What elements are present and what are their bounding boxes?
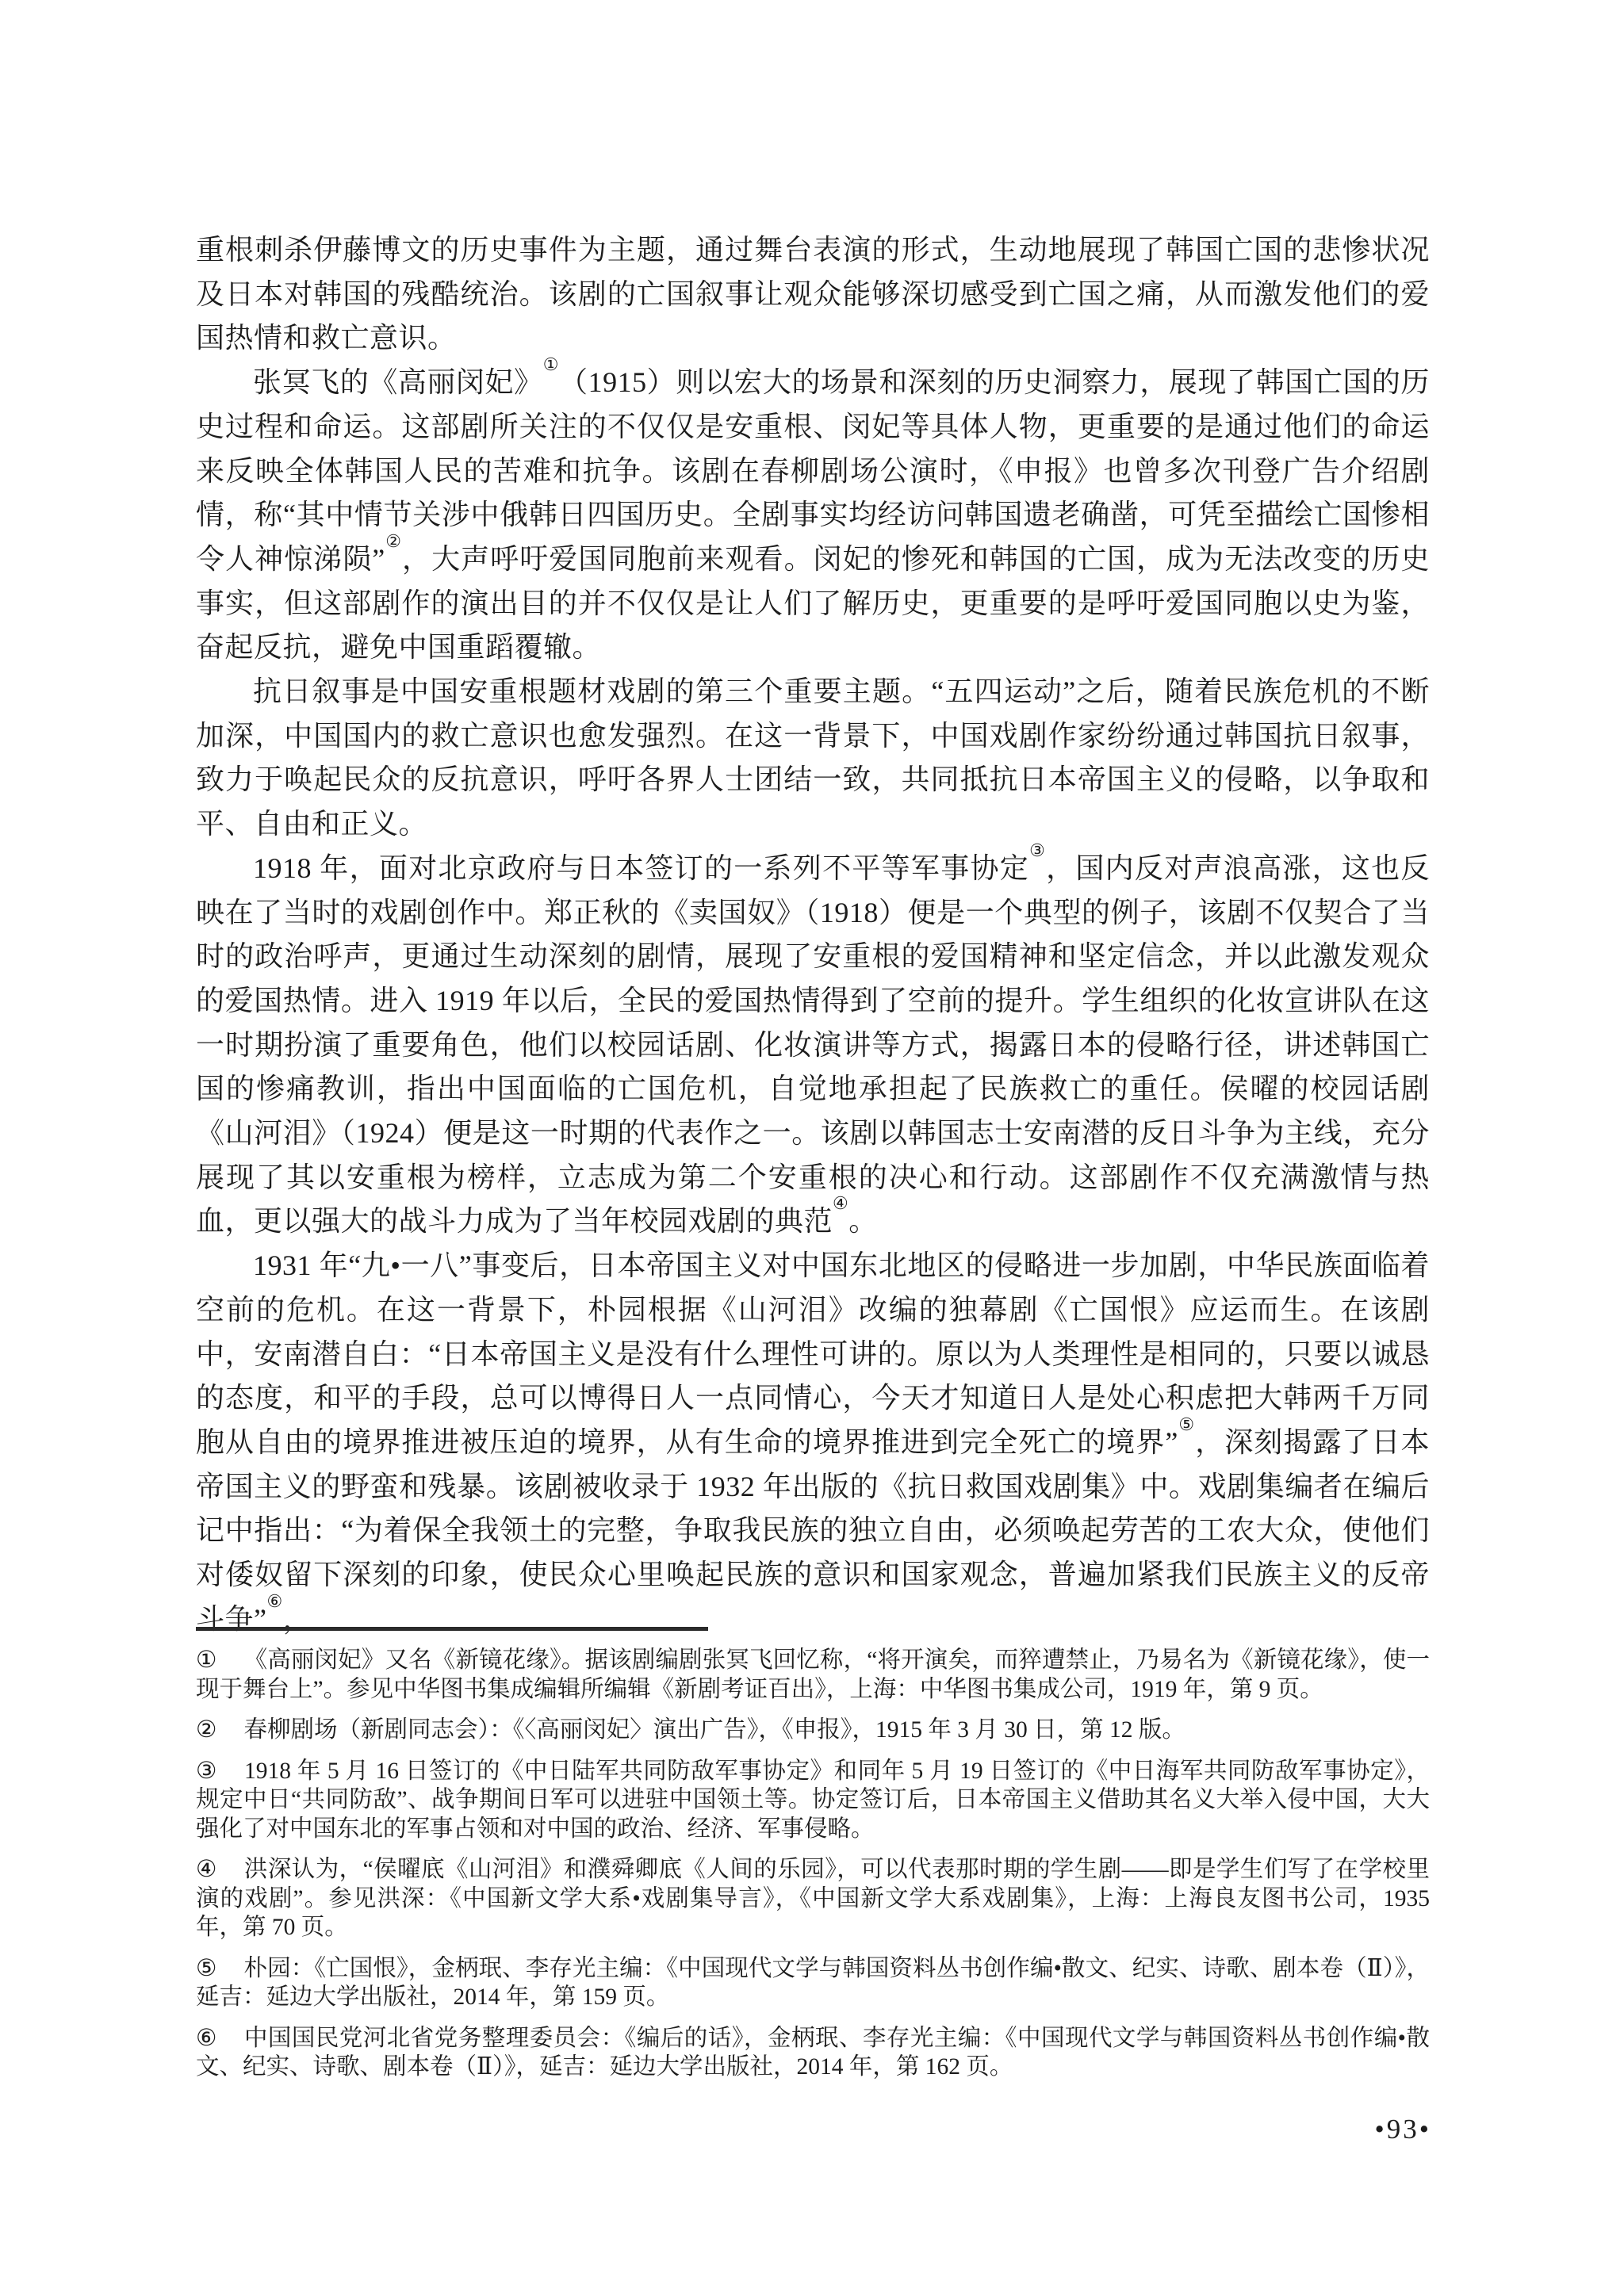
footnote-ref: ⑤ — [1178, 1414, 1195, 1434]
document-page: 重根刺杀伊藤博文的历史事件为主题，通过舞台表演的形式，生动地展现了韩国亡国的悲惨… — [0, 0, 1624, 2296]
page-number: •93• — [1374, 2114, 1431, 2145]
body-text: 重根刺杀伊藤博文的历史事件为主题，通过舞台表演的形式，生动地展现了韩国亡国的悲惨… — [196, 228, 1430, 1642]
footnote-text: 朴园：《亡国恨》，金柄珉、李存光主编：《中国现代文学与韩国资料丛书创作编•散文、… — [196, 1956, 1430, 2011]
footnote-text: 《高丽闵妃》又名《新镜花缘》。据该剧编剧张冥飞回忆称，“将开演矣，而猝遭禁止，乃… — [196, 1647, 1430, 1702]
footnote-ref: ① — [543, 354, 559, 374]
footnote-text: 洪深认为，“侯曜底《山河泪》和濮舜卿底《人间的乐园》，可以代表那时期的学生剧——… — [196, 1857, 1430, 1940]
footnote: ⑥中国国民党河北省党务整理委员会：《编后的话》，金柄珉、李存光主编：《中国现代文… — [196, 2024, 1430, 2082]
footnote-ref: ③ — [1029, 840, 1046, 860]
footnote-marker: ④ — [196, 1857, 217, 1882]
footnote-ref: ② — [385, 531, 402, 551]
footnote-marker: ⑥ — [196, 2026, 217, 2051]
footnote: ②春柳剧场（新剧同志会）：《〈高丽闵妃〉演出广告》，《申报》，1915 年 3 … — [196, 1716, 1430, 1745]
footnote-ref: ④ — [833, 1193, 848, 1213]
footnote-marker: ② — [196, 1717, 216, 1743]
body-paragraph: 抗日叙事是中国安重根题材戏剧的第三个重要主题。“五四运动”之后，随着民族危机的不… — [196, 670, 1430, 847]
body-paragraph: 重根刺杀伊藤博文的历史事件为主题，通过舞台表演的形式，生动地展现了韩国亡国的悲惨… — [196, 228, 1430, 361]
body-text-segment: 。 — [848, 1205, 878, 1237]
footnote-marker: ① — [196, 1647, 217, 1673]
footnotes: ①《高丽闵妃》又名《新镜花缘》。据该剧编剧张冥飞回忆称，“将开演矣，而猝遭禁止，… — [196, 1646, 1430, 2094]
footnote-ref: ⑥ — [266, 1591, 282, 1611]
body-text-segment: 抗日叙事是中国安重根题材戏剧的第三个重要主题。“五四运动”之后，随着民族危机的不… — [196, 675, 1430, 840]
footnote-marker: ③ — [196, 1758, 217, 1784]
body-text-segment: 重根刺杀伊藤博文的历史事件为主题，通过舞台表演的形式，生动地展现了韩国亡国的悲惨… — [196, 234, 1430, 354]
footnote-text: 中国国民党河北省党务整理委员会：《编后的话》，金柄珉、李存光主编：《中国现代文学… — [196, 2026, 1430, 2080]
footnote: ④洪深认为，“侯曜底《山河泪》和濮舜卿底《人间的乐园》，可以代表那时期的学生剧—… — [196, 1855, 1430, 1942]
footnote-separator-rule — [196, 1627, 708, 1631]
footnote-marker: ⑤ — [196, 1956, 217, 1981]
body-text-segment: 张冥飞的《高丽闵妃》 — [253, 366, 543, 398]
footnote-text: 1918 年 5 月 16 日签订的《中日陆军共同防敌军事协定》和同年 5 月 … — [196, 1758, 1430, 1842]
body-paragraph: 1931 年“九•一八”事变后，日本帝国主义对中国东北地区的侵略进一步加剧，中华… — [196, 1244, 1430, 1641]
body-text-segment: 1918 年，面对北京政府与日本签订的一系列不平等军事协定 — [253, 852, 1029, 884]
footnote-text: 春柳剧场（新剧同志会）：《〈高丽闵妃〉演出广告》，《申报》，1915 年 3 月… — [243, 1717, 1185, 1743]
body-text-segment: ，国内反对声浪高涨，这也反映在了当时的戏剧创作中。郑正秋的《卖国奴》（1918）… — [196, 852, 1430, 1238]
footnote: ①《高丽闵妃》又名《新镜花缘》。据该剧编剧张冥飞回忆称，“将开演矣，而猝遭禁止，… — [196, 1646, 1430, 1704]
footnote: ③1918 年 5 月 16 日签订的《中日陆军共同防敌军事协定》和同年 5 月… — [196, 1757, 1430, 1844]
body-paragraph: 1918 年，面对北京政府与日本签订的一系列不平等军事协定③，国内反对声浪高涨，… — [196, 847, 1430, 1244]
footnote: ⑤朴园：《亡国恨》，金柄珉、李存光主编：《中国现代文学与韩国资料丛书创作编•散文… — [196, 1954, 1430, 2012]
body-paragraph: 张冥飞的《高丽闵妃》①（1915）则以宏大的场景和深刻的历史洞察力，展现了韩国亡… — [196, 361, 1430, 670]
